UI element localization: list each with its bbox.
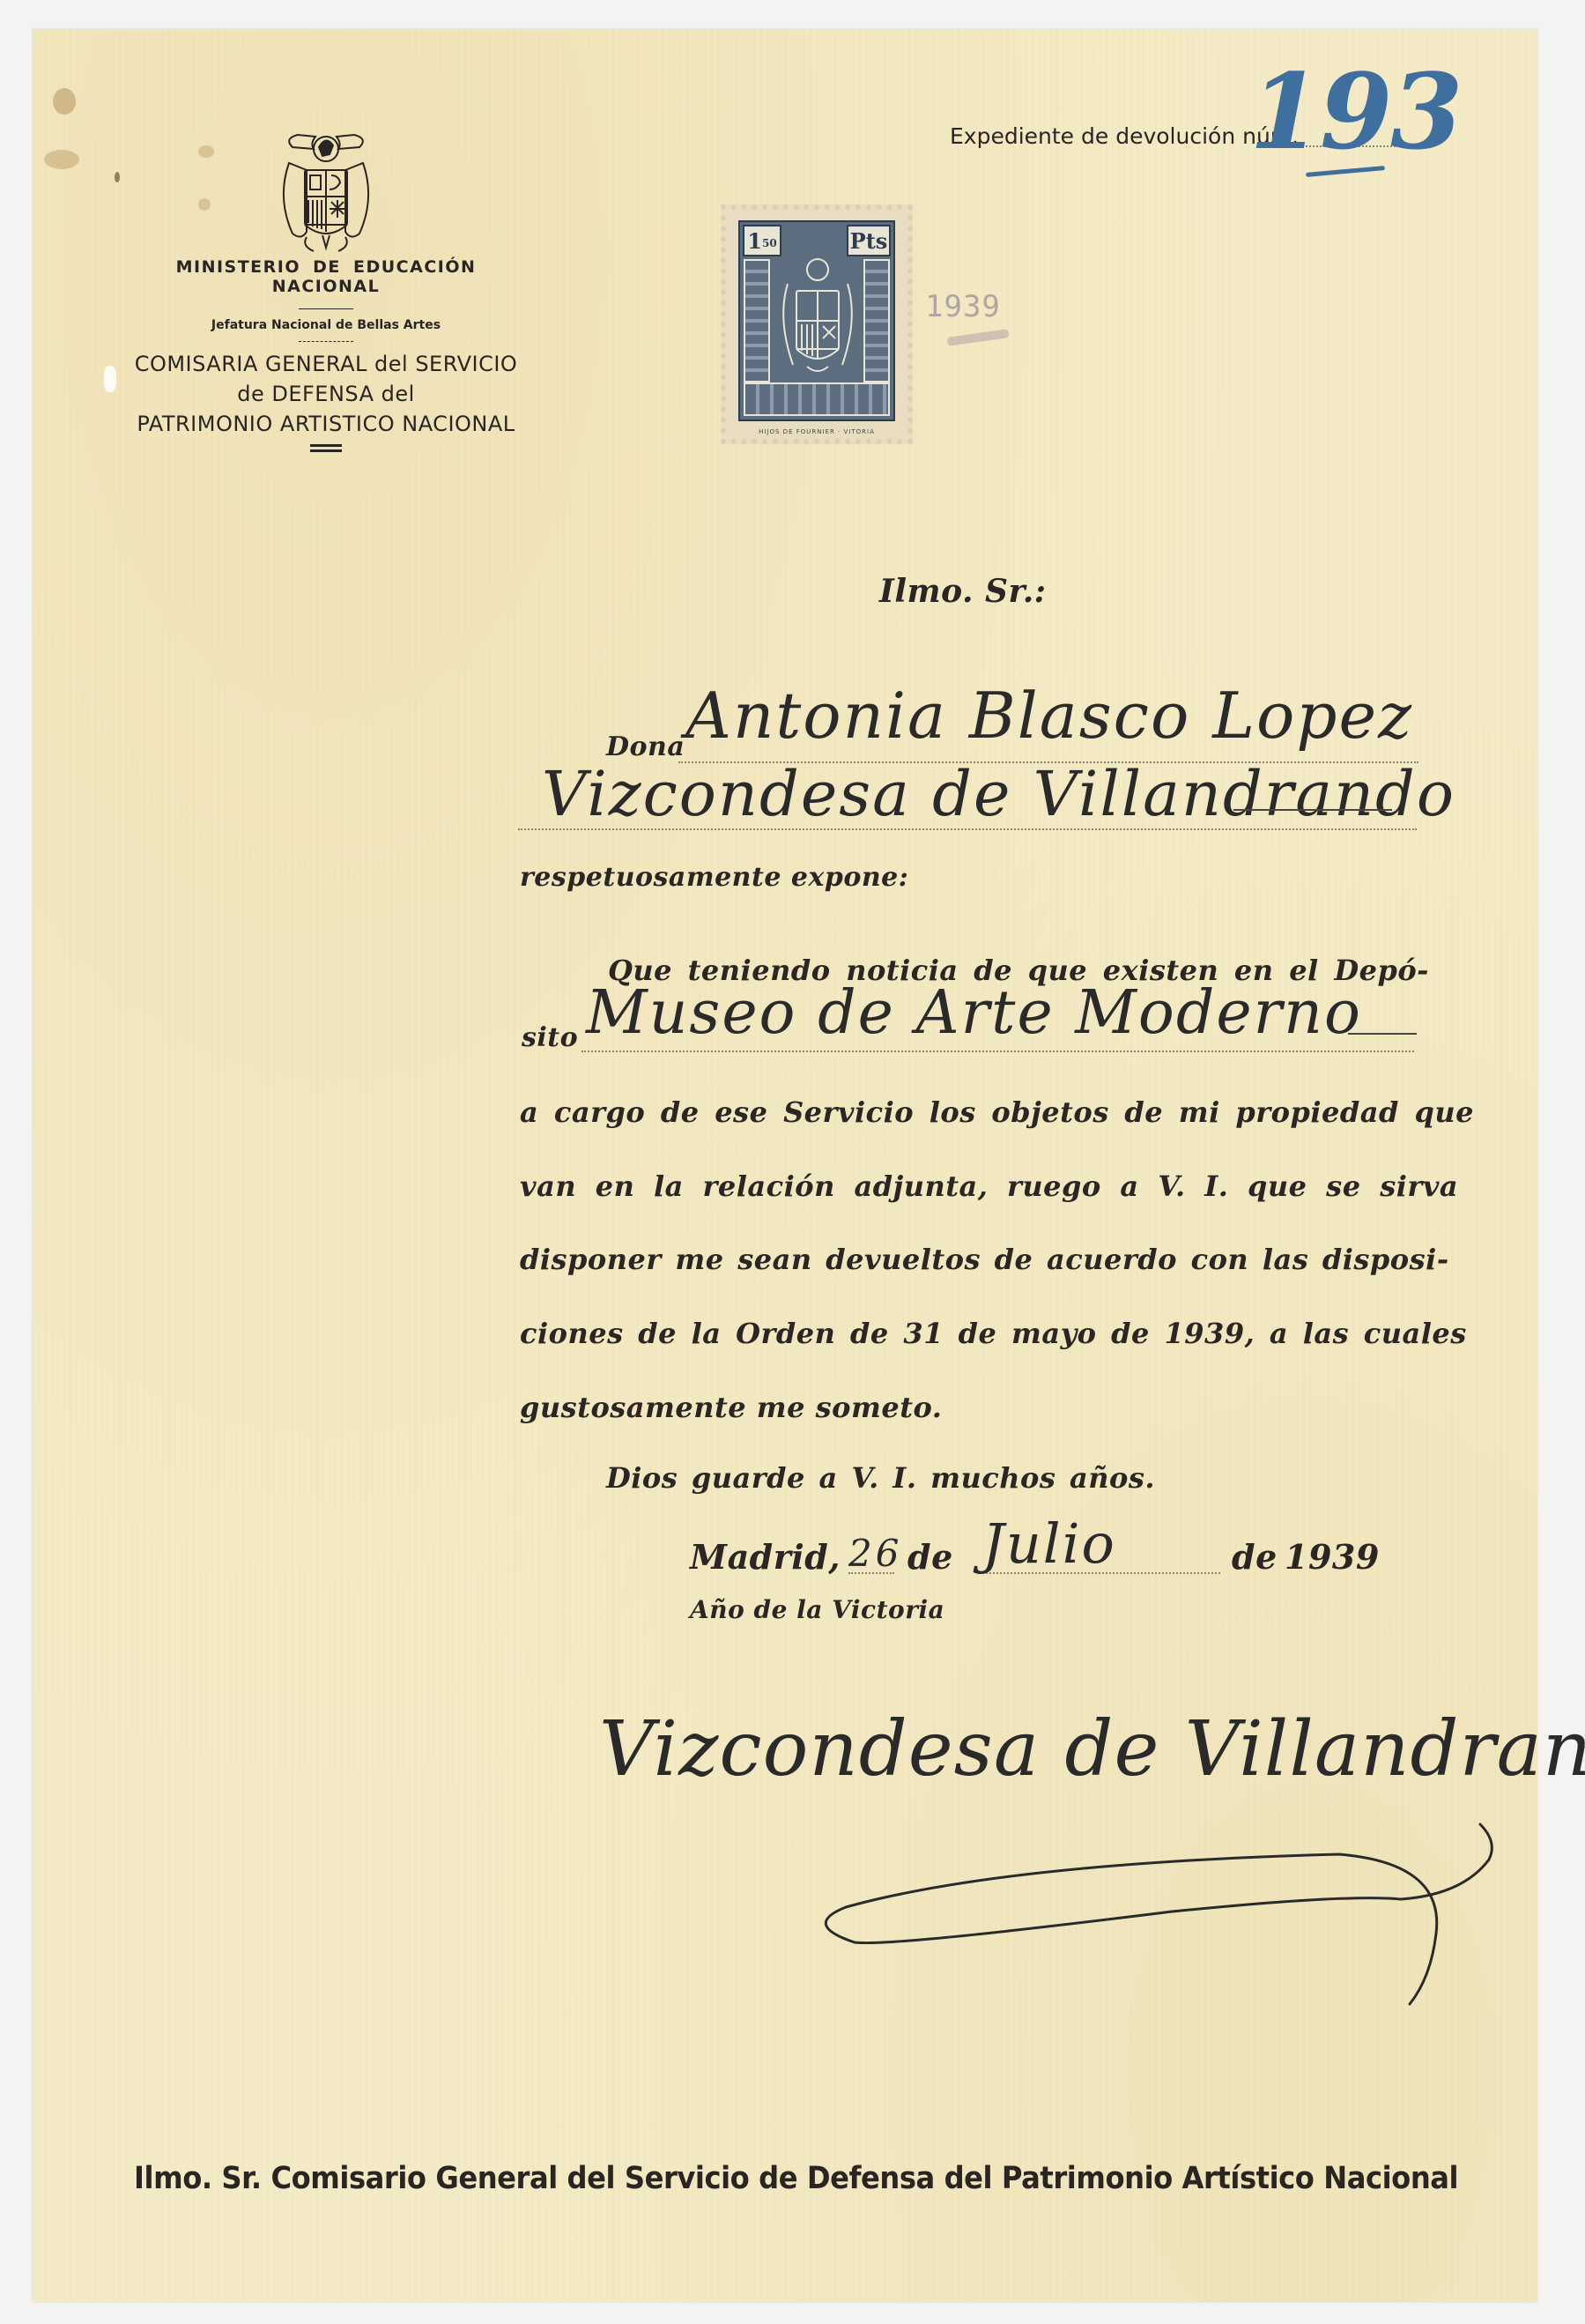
body-intro: respetuosamente expone: (520, 862, 908, 893)
paper-hole (104, 366, 116, 392)
letterhead-divider (299, 308, 353, 309)
comisaria-line-1: COMISARIA GENERAL del SERVICIO (123, 349, 529, 379)
signature-flourish (599, 1815, 1533, 2009)
addressee-footer: Ilmo. Sr. Comisario General del Servicio… (134, 2161, 1458, 2196)
closing-de-1: de (907, 1537, 953, 1577)
stamp-right-border (863, 259, 890, 382)
title-underline-stroke (1233, 809, 1392, 811)
expediente-label: Expediente de devolución núm. (950, 123, 1299, 149)
letterhead-divider (299, 341, 353, 342)
stamp-postmark: 1939 (925, 289, 1001, 324)
deposit-name: Museo de Arte Moderno (586, 978, 1362, 1048)
closing-day: 26 (848, 1532, 902, 1575)
fiscal-stamp: 150 Pts HIJOS DE FOURNIER · VI (721, 204, 913, 444)
stamp-printer: HIJOS DE FOURNIER · VITORIA (726, 428, 907, 435)
stamp-left-border (744, 259, 770, 382)
body-line-6: ciones de la Orden de 31 de mayo de 1939… (520, 1317, 1467, 1350)
closing-de-2: de (1232, 1537, 1278, 1577)
deposit-dotted-line (581, 1051, 1414, 1052)
stamp-design: 150 Pts (738, 220, 895, 421)
paper-stain (115, 172, 120, 182)
closing-year: 1939 (1285, 1537, 1380, 1577)
expediente-number: 193 (1249, 60, 1461, 164)
signature: Vizcondesa de Villandrando (599, 1705, 1585, 1793)
stamp-currency: Pts (847, 225, 891, 256)
deposit-underline-stroke (1348, 1033, 1417, 1035)
letterhead: MINISTERIO DE EDUCACIÓN NACIONAL Jefatur… (123, 257, 529, 452)
ministry-name: MINISTERIO DE EDUCACIÓN NACIONAL (123, 257, 529, 296)
body-line-3: a cargo de ese Servicio los objetos de m… (520, 1095, 1474, 1129)
stamp-emblem-icon (775, 254, 860, 384)
comisaria-line-2: de DEFENSA del (123, 379, 529, 409)
body-line-4: van en la relación adjunta, ruego a V. I… (520, 1169, 1458, 1203)
comisaria-line-3: PATRIMONIO ARTISTICO NACIONAL (123, 409, 529, 439)
jefatura-name: Jefatura Nacional de Bellas Artes (123, 318, 529, 332)
closing-blessing: Dios guarde a V. I. muchos años. (606, 1461, 1155, 1495)
petitioner-title: Vizcondesa de Villandrando (542, 758, 1455, 830)
stamp-bottom-border (744, 382, 890, 416)
body-line-5: disponer me sean devueltos de acuerdo co… (520, 1243, 1449, 1276)
closing-era: Año de la Victoria (690, 1595, 944, 1624)
stamp-value: 150 (743, 225, 781, 256)
petitioner-name: Antonia Blasco Lopez (685, 679, 1413, 753)
paper-stain (44, 150, 79, 169)
salutation: Ilmo. Sr.: (879, 573, 1047, 610)
paper-stain (53, 88, 76, 115)
letterhead-double-rule (310, 444, 342, 452)
body-line-2-prefix: sito (522, 1022, 578, 1053)
coat-of-arms-icon (273, 128, 379, 256)
closing-place: Madrid, (690, 1537, 841, 1577)
paper-stain (198, 145, 214, 158)
paper-stain (198, 198, 211, 211)
body-line-7: gustosamente me someto. (520, 1391, 942, 1424)
closing-month: Julio (982, 1511, 1116, 1576)
